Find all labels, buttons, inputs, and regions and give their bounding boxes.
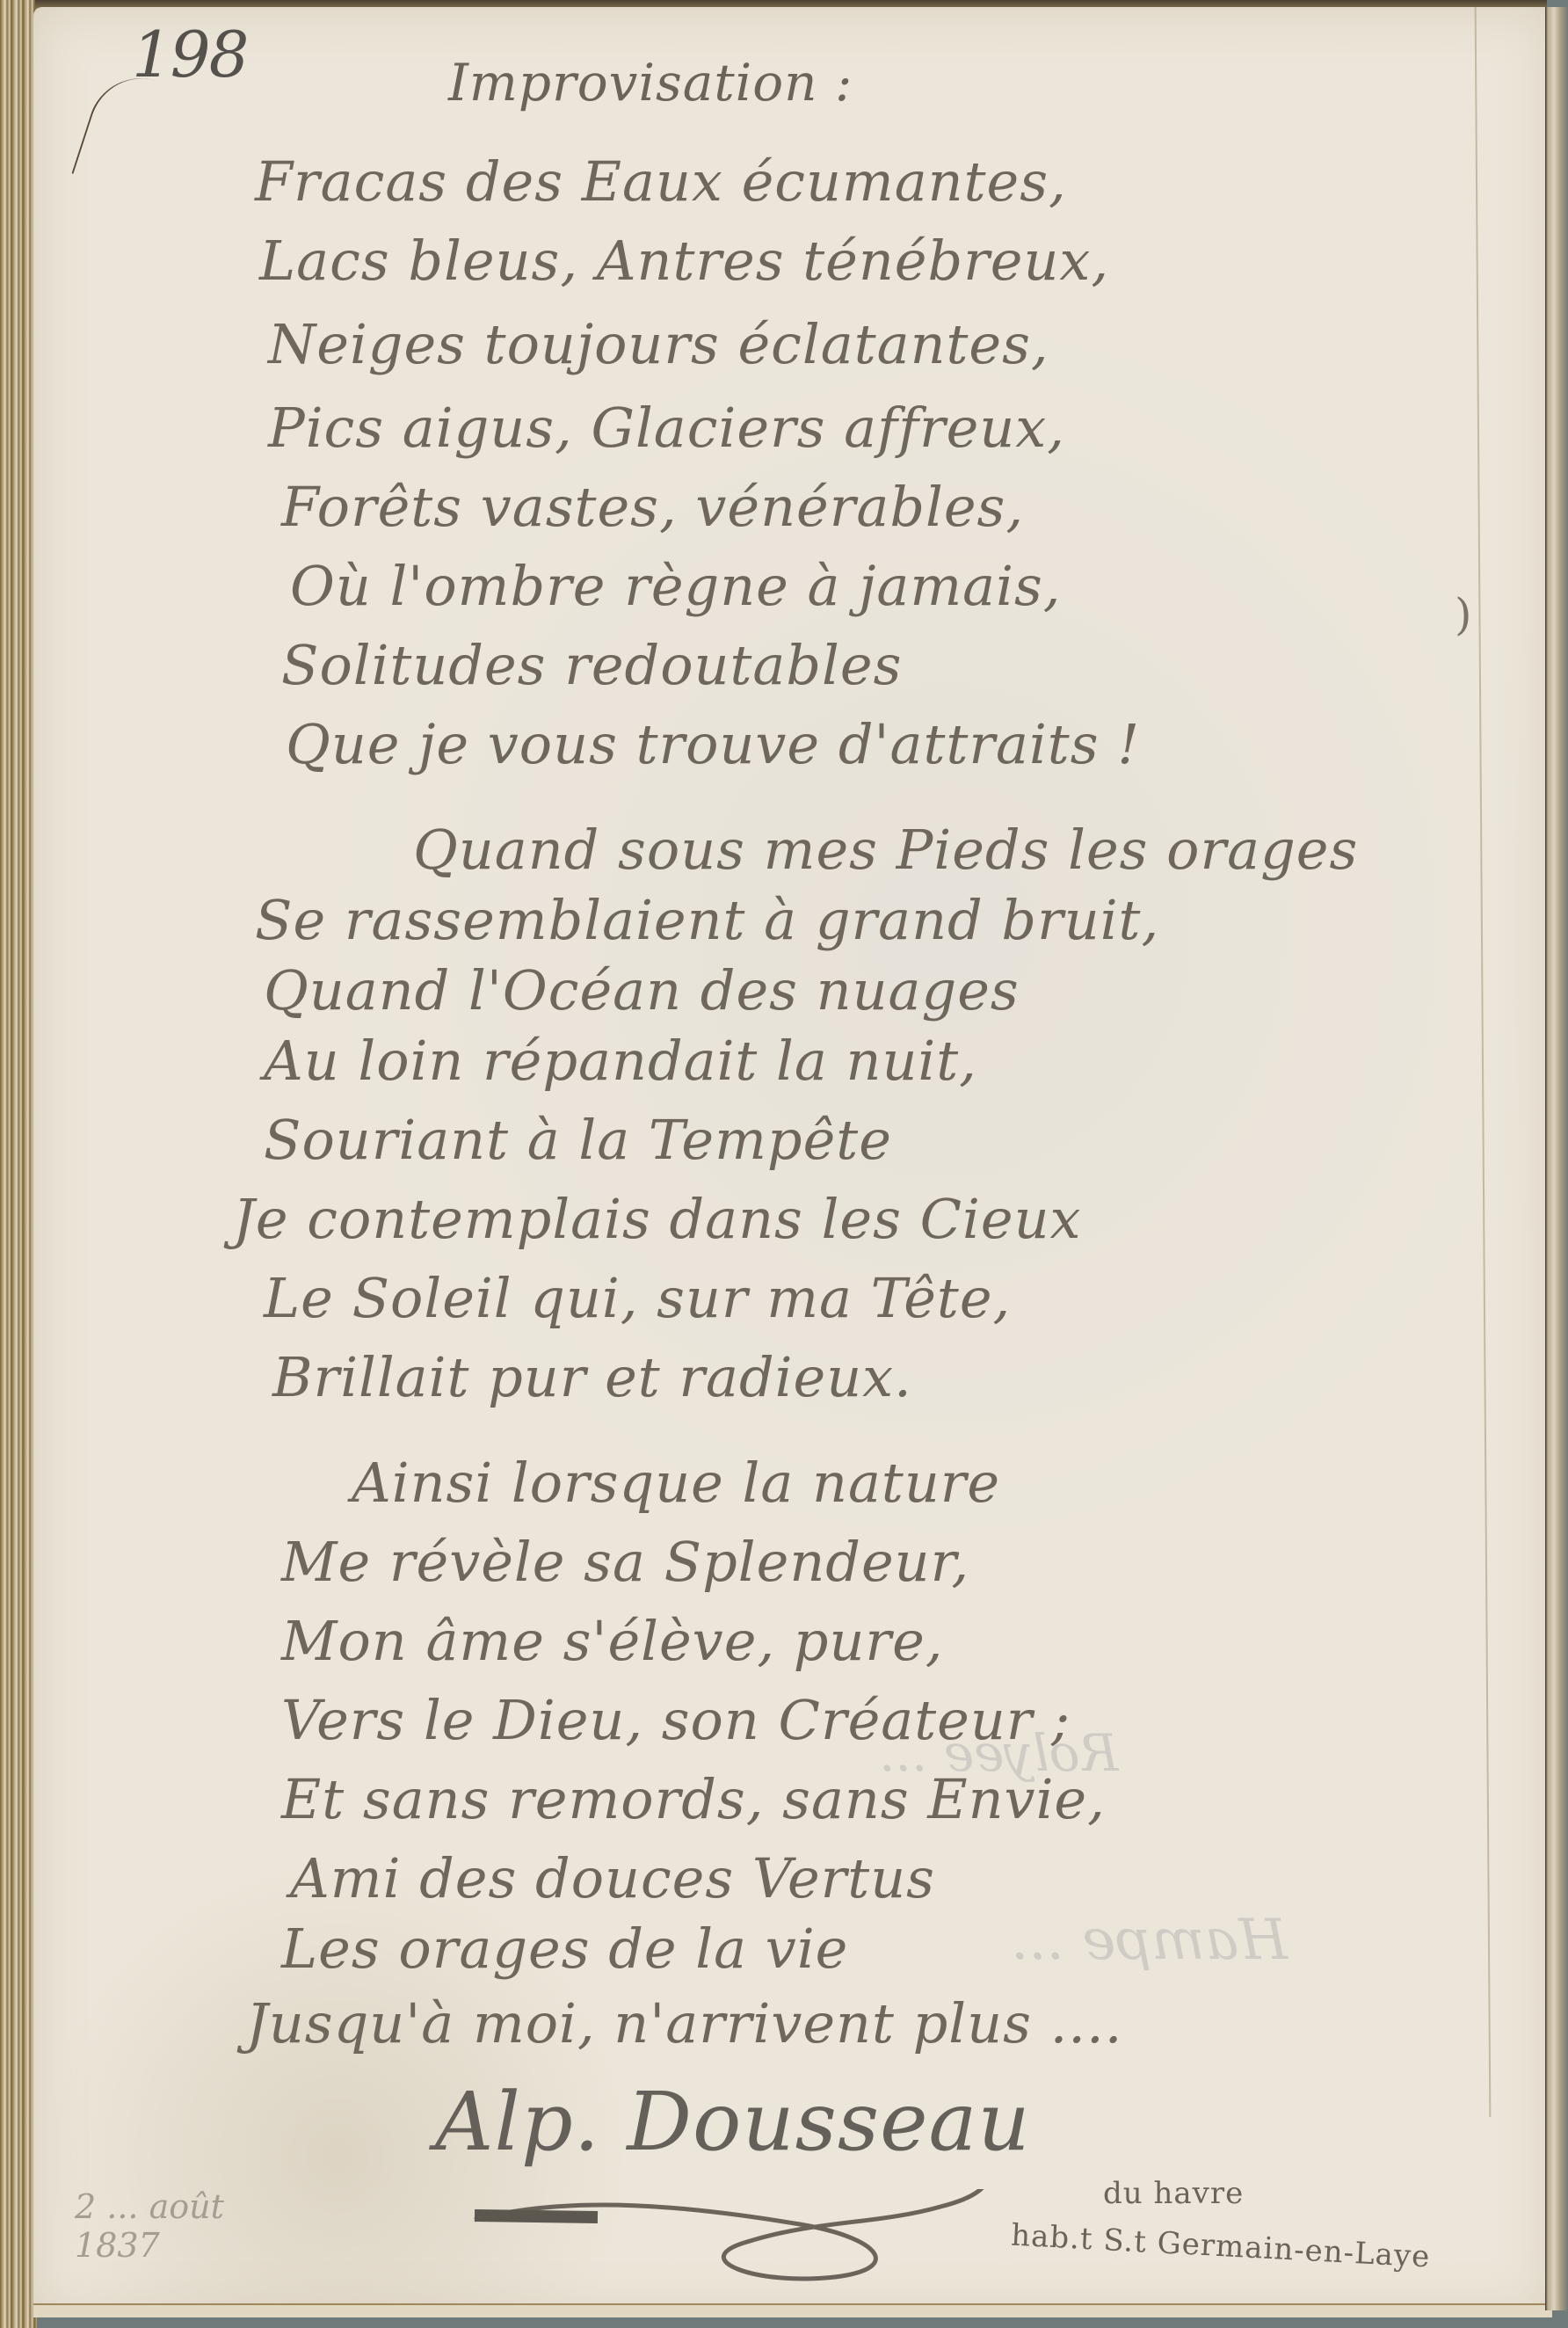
signature-flourish [466,2189,1028,2286]
bleed-through-text: Hampe ... [1011,1908,1288,1973]
poem-line: Les orages de la vie [281,1917,848,1981]
poem-line: Je contemplais dans les Cieux [233,1187,1081,1251]
poem-line: Me révèle sa Splendeur, [281,1530,969,1594]
poem-line: Vers le Dieu, son Créateur ; [281,1688,1071,1752]
poem-line: Se rassemblaient à grand bruit, [255,888,1159,952]
origin-line-1: du havre [1103,2176,1244,2211]
poem-line: Pics aigus, Glaciers affreux, [268,396,1065,460]
pencil-date-note: 2 ... août 1837 [75,2187,224,2265]
poem-title: Improvisation : [448,53,853,113]
poem-line: Le Soleil qui, sur ma Tête, [264,1266,1011,1330]
poem-line: Jusqu'à moi, n'arrivent plus .... [246,1991,1122,2055]
poem-line: Où l'ombre règne à jamais, [290,554,1062,618]
poem-line: Ami des douces Vertus [290,1846,935,1910]
poem-line: Solitudes redoutables [281,633,902,697]
author-signature: Alp. Dousseau [435,2075,1031,2169]
poem-line: Neiges toujours éclatantes, [268,312,1049,376]
poem-line: Et sans remords, sans Envie, [281,1767,1106,1831]
margin-bracket: ) [1455,589,1472,640]
poem-line: Brillait pur et radieux. [272,1345,912,1409]
poem-line: Forêts vastes, vénérables, [281,475,1024,539]
page-bottom-edge [33,2303,1552,2317]
poem-line: Quand l'Océan des nuages [264,958,1020,1022]
poem-line: Au loin répandait la nuit, [264,1029,977,1093]
poem-line: Mon âme s'élève, pure, [281,1609,943,1673]
poem-line: Lacs bleus, Antres ténébreux, [259,229,1109,293]
paper-fold-line [1475,7,1492,2117]
poem-line: Quand sous mes Pieds les orages [413,818,1358,882]
poem-line: Ainsi lorsque la nature [352,1451,1000,1515]
poem-line: Fracas des Eaux écumantes, [255,149,1067,214]
poem-line: Que je vous trouve d'attraits ! [286,712,1140,776]
poem-line: Souriant à la Tempête [264,1108,892,1172]
book-binding [0,0,37,2328]
page-right-edge [1545,7,1568,2310]
